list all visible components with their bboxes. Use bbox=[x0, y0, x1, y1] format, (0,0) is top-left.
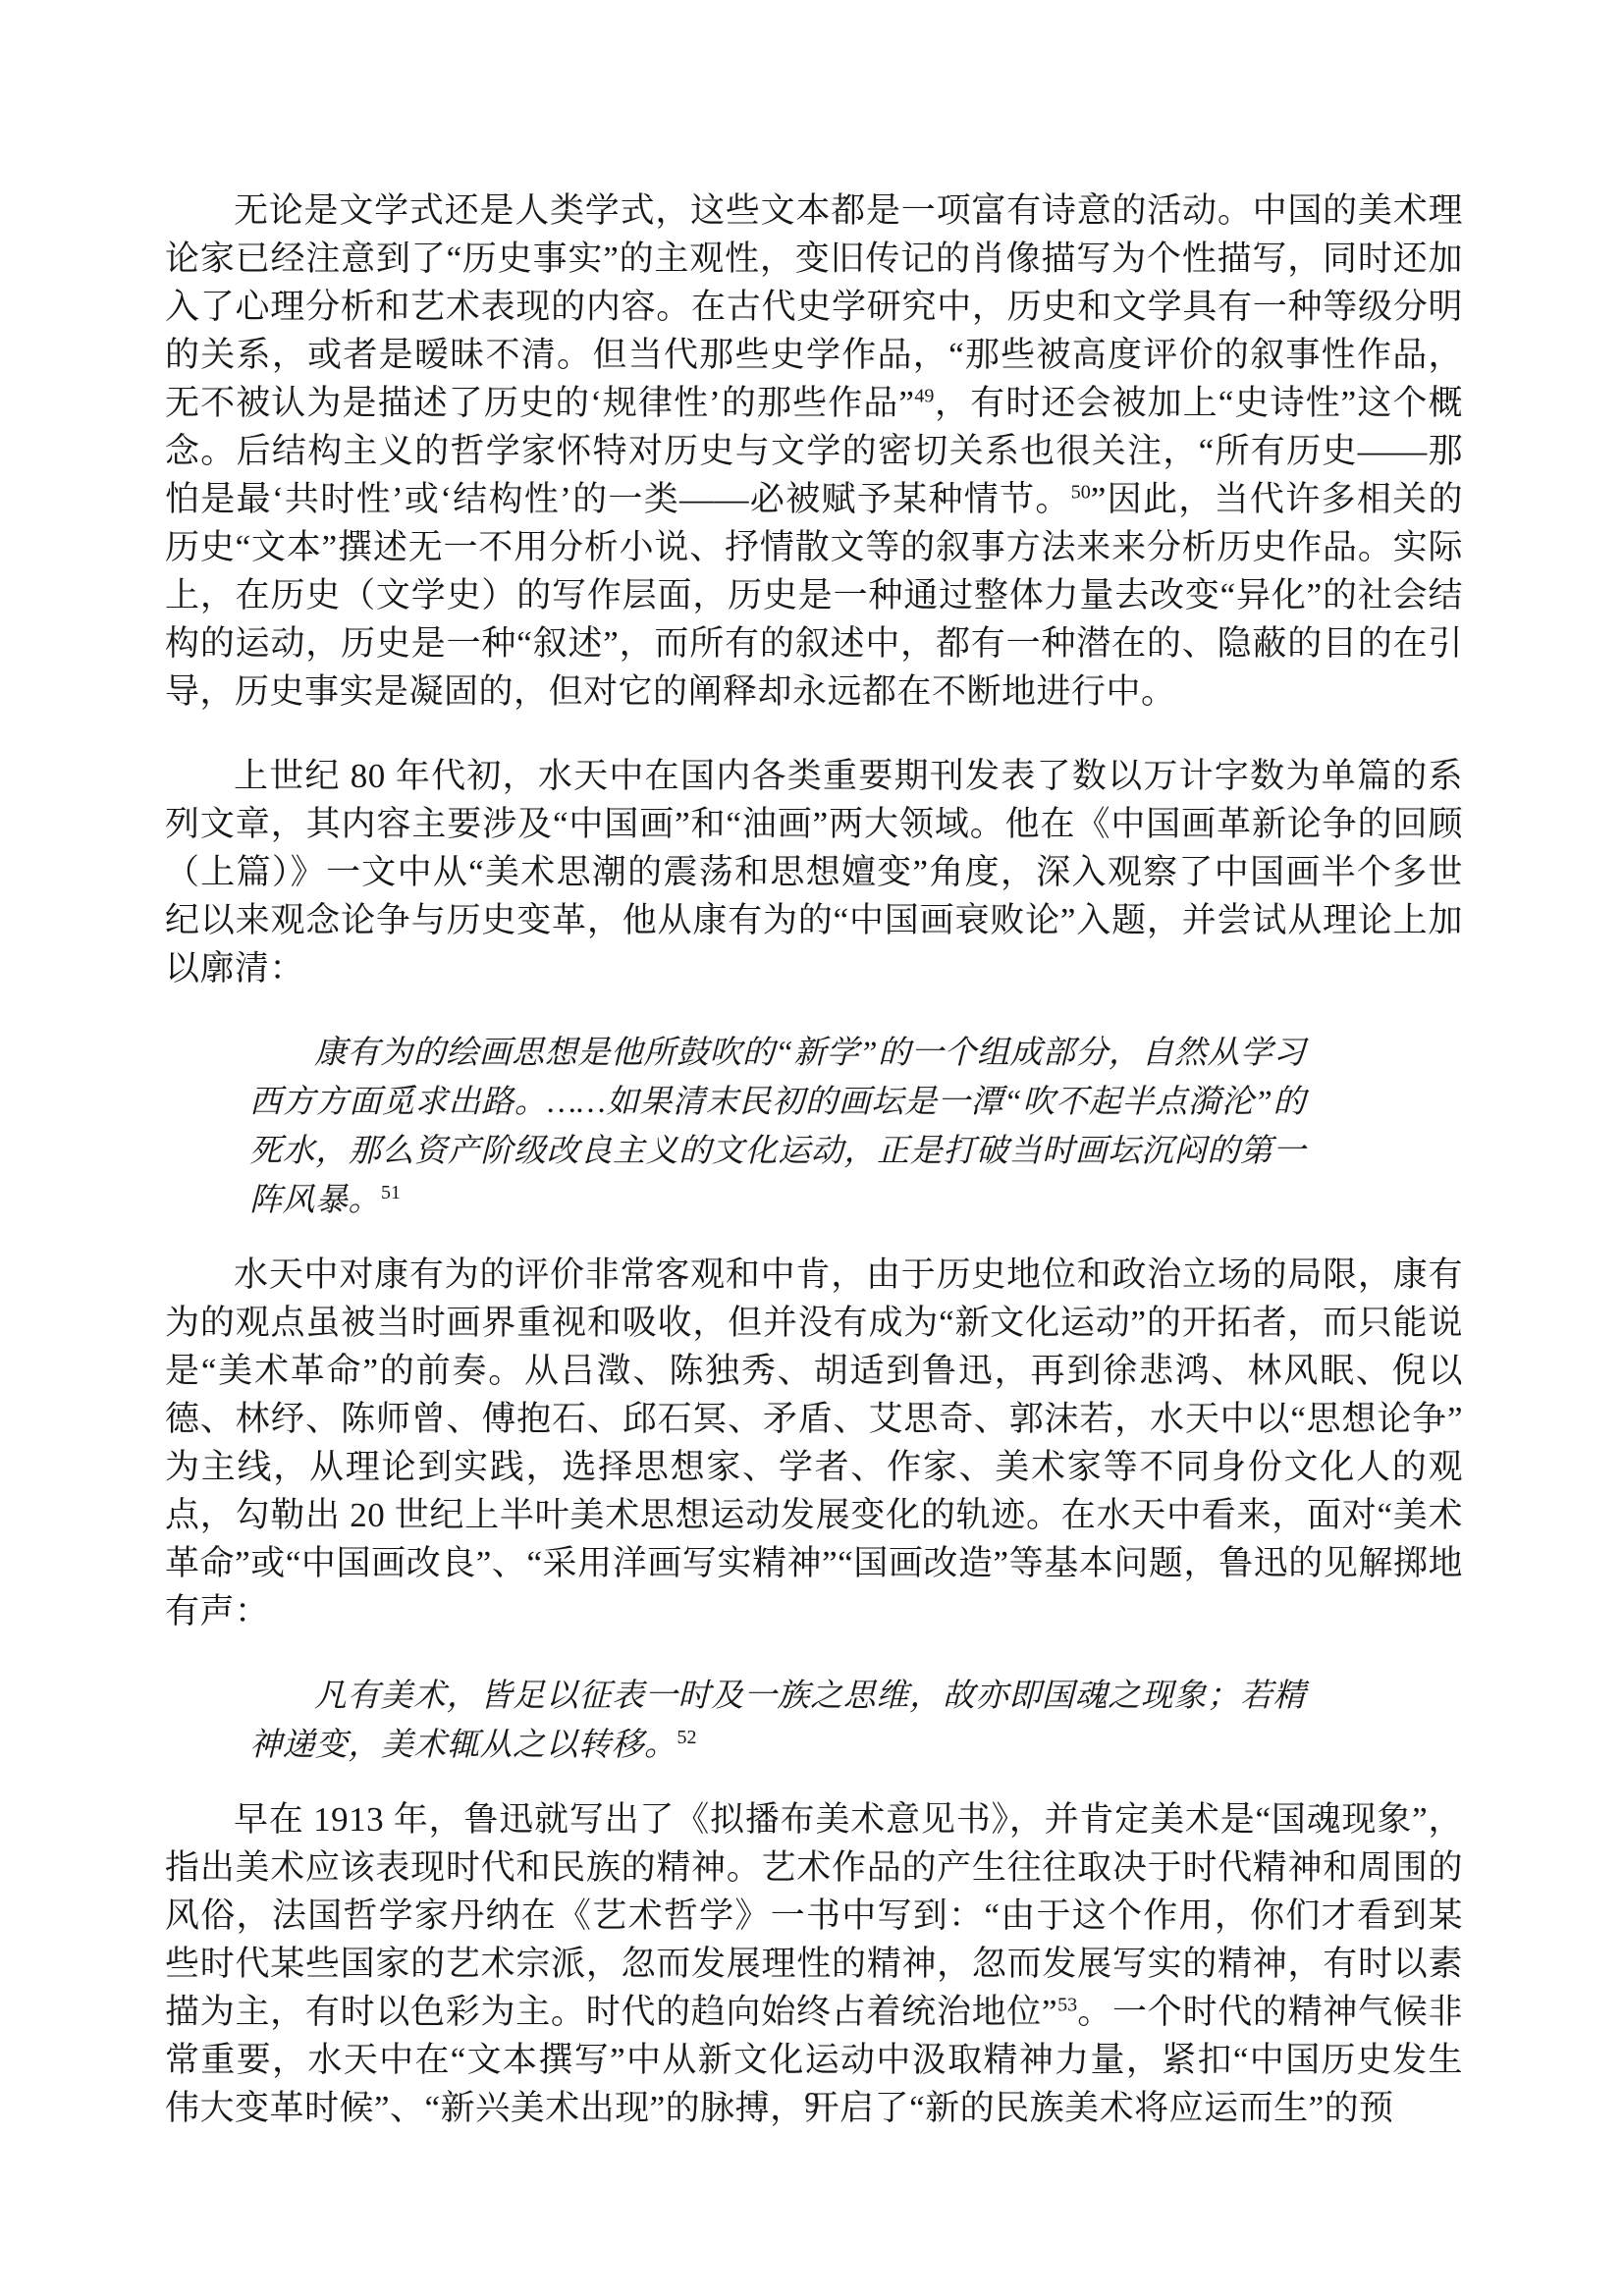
text-run: 康有为的绘画思想是他所鼓吹的“新学”的一个组成部分，自然从学习西方方面觅求出路。… bbox=[249, 1036, 1306, 1218]
paragraph: 上世纪 80 年代初，水天中在国内各类重要期刊发表了数以万计字数为单篇的系列文章… bbox=[165, 752, 1463, 992]
footnote-ref: 51 bbox=[381, 1182, 401, 1203]
paragraph: 无论是文学式还是人类学式，这些文本都是一项富有诗意的活动。中国的美术理论家已经注… bbox=[165, 187, 1463, 716]
footnote-ref: 49 bbox=[914, 385, 934, 406]
block-quote: 凡有美术，皆足以征表一时及一族之思维，故亦即国魂之现象；若精神递变，美术辄从之以… bbox=[249, 1672, 1306, 1770]
paragraph: 水天中对康有为的评价非常客观和中肯，由于历史地位和政治立场的局限，康有为的观点虽… bbox=[165, 1251, 1463, 1635]
text-run: 凡有美术，皆足以征表一时及一族之思维，故亦即国魂之现象；若精神递变，美术辄从之以… bbox=[249, 1679, 1306, 1763]
block-quote: 康有为的绘画思想是他所鼓吹的“新学”的一个组成部分，自然从学习西方方面觅求出路。… bbox=[249, 1029, 1306, 1225]
text-run: 上世纪 80 年代初，水天中在国内各类重要期刊发表了数以万计字数为单篇的系列文章… bbox=[165, 757, 1463, 988]
page-number: 9 bbox=[0, 2083, 1624, 2122]
footnote-ref: 53 bbox=[1057, 1994, 1077, 2015]
text-run: 水天中对康有为的评价非常客观和中肯，由于历史地位和政治立场的局限，康有为的观点虽… bbox=[165, 1255, 1463, 1630]
page-body-text: 无论是文学式还是人类学式，这些文本都是一项富有诗意的活动。中国的美术理论家已经注… bbox=[165, 187, 1463, 2132]
paragraph: 早在 1913 年，鲁迅就写出了《拟播布美术意见书》，并肯定美术是“国魂现象”，… bbox=[165, 1795, 1463, 2132]
document-page: 无论是文学式还是人类学式，这些文本都是一项富有诗意的活动。中国的美术理论家已经注… bbox=[0, 0, 1624, 2296]
footnote-ref: 52 bbox=[677, 1727, 697, 1748]
footnote-ref: 50 bbox=[1071, 481, 1091, 503]
